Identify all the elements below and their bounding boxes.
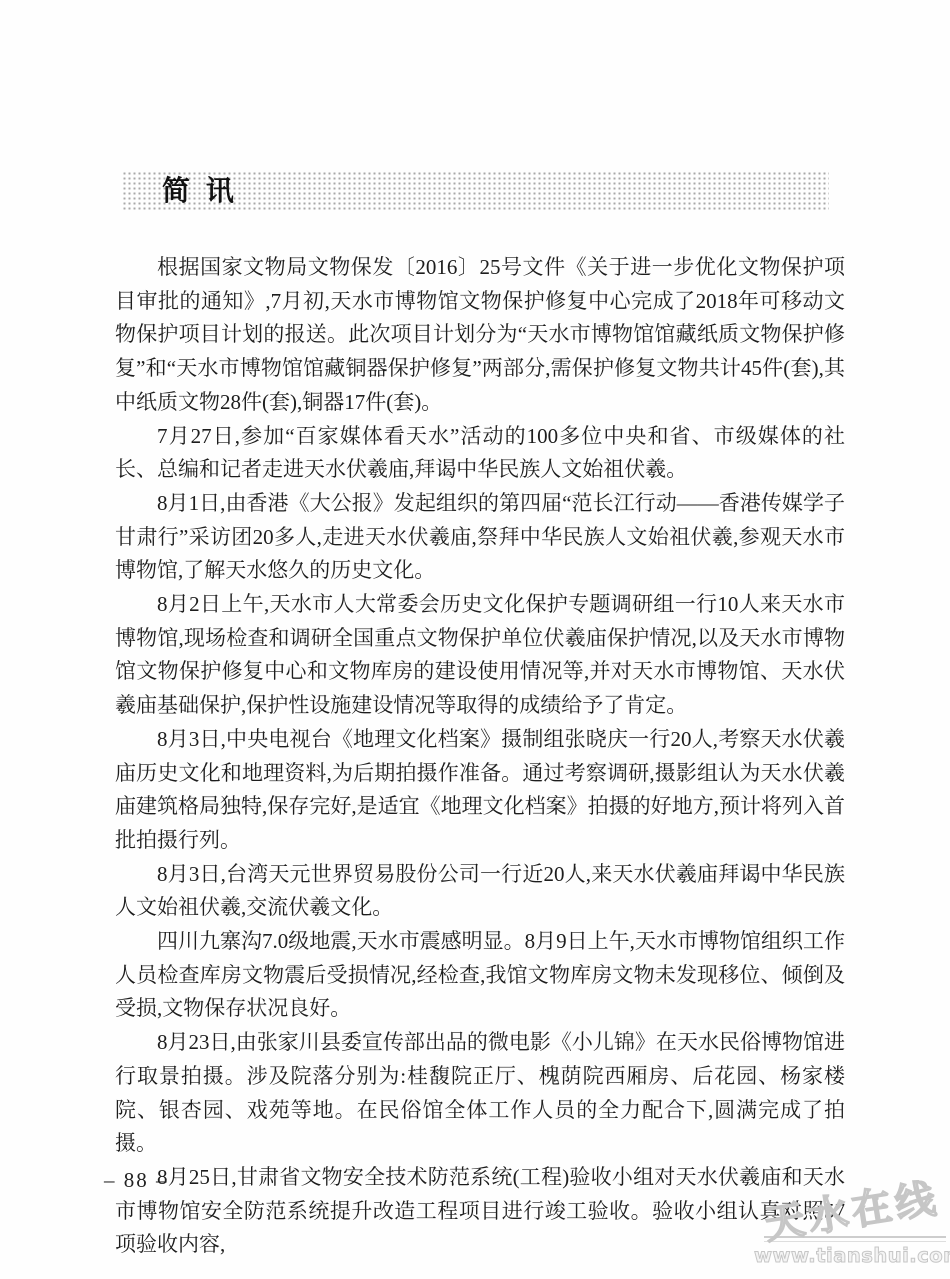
page-number: – 88 –: [104, 1168, 169, 1193]
scanned-book-page: 简 讯 根据国家文物局文物保发〔2016〕25号文件《关于进一步优化文物保护项目…: [0, 0, 950, 1279]
paragraph-1: 根据国家文物局文物保发〔2016〕25号文件《关于进一步优化文物保护项目审批的通…: [115, 251, 845, 420]
paragraph-7: 四川九寨沟7.0级地震,天水市震感明显。8月9日上午,天水市博物馆组织工作人员检…: [115, 925, 845, 1026]
paragraph-8: 8月23日,由张家川县委宣传部出品的微电影《小儿锦》在天水民俗博物馆进行取景拍摄…: [115, 1026, 845, 1161]
paragraph-5: 8月3日,中央电视台《地理文化档案》摄制组张晓庆一行20人,考察天水伏羲庙历史文…: [115, 723, 845, 858]
paragraph-6: 8月3日,台湾天元世界贸易股份公司一行近20人,来天水伏羲庙拜谒中华民族人文始祖…: [115, 858, 845, 925]
article-body: 根据国家文物局文物保发〔2016〕25号文件《关于进一步优化文物保护项目审批的通…: [115, 251, 845, 1262]
paragraph-2: 7月27日,参加“百家媒体看天水”活动的100多位中央和省、市级媒体的社长、总编…: [115, 420, 845, 487]
paragraph-4: 8月2日上午,天水市人大常委会历史文化保护专题调研组一行10人来天水市博物馆,现…: [115, 588, 845, 723]
paragraph-9: 8月25日,甘肃省文物安全技术防范系统(工程)验收小组对天水伏羲庙和天水市博物馆…: [115, 1161, 845, 1262]
section-header-band: 简 讯: [122, 171, 829, 211]
paragraph-3: 8月1日,由香港《大公报》发起组织的第四届“范长江行动——香港传媒学子甘肃行”采…: [115, 487, 845, 588]
section-title: 简 讯: [162, 177, 238, 205]
